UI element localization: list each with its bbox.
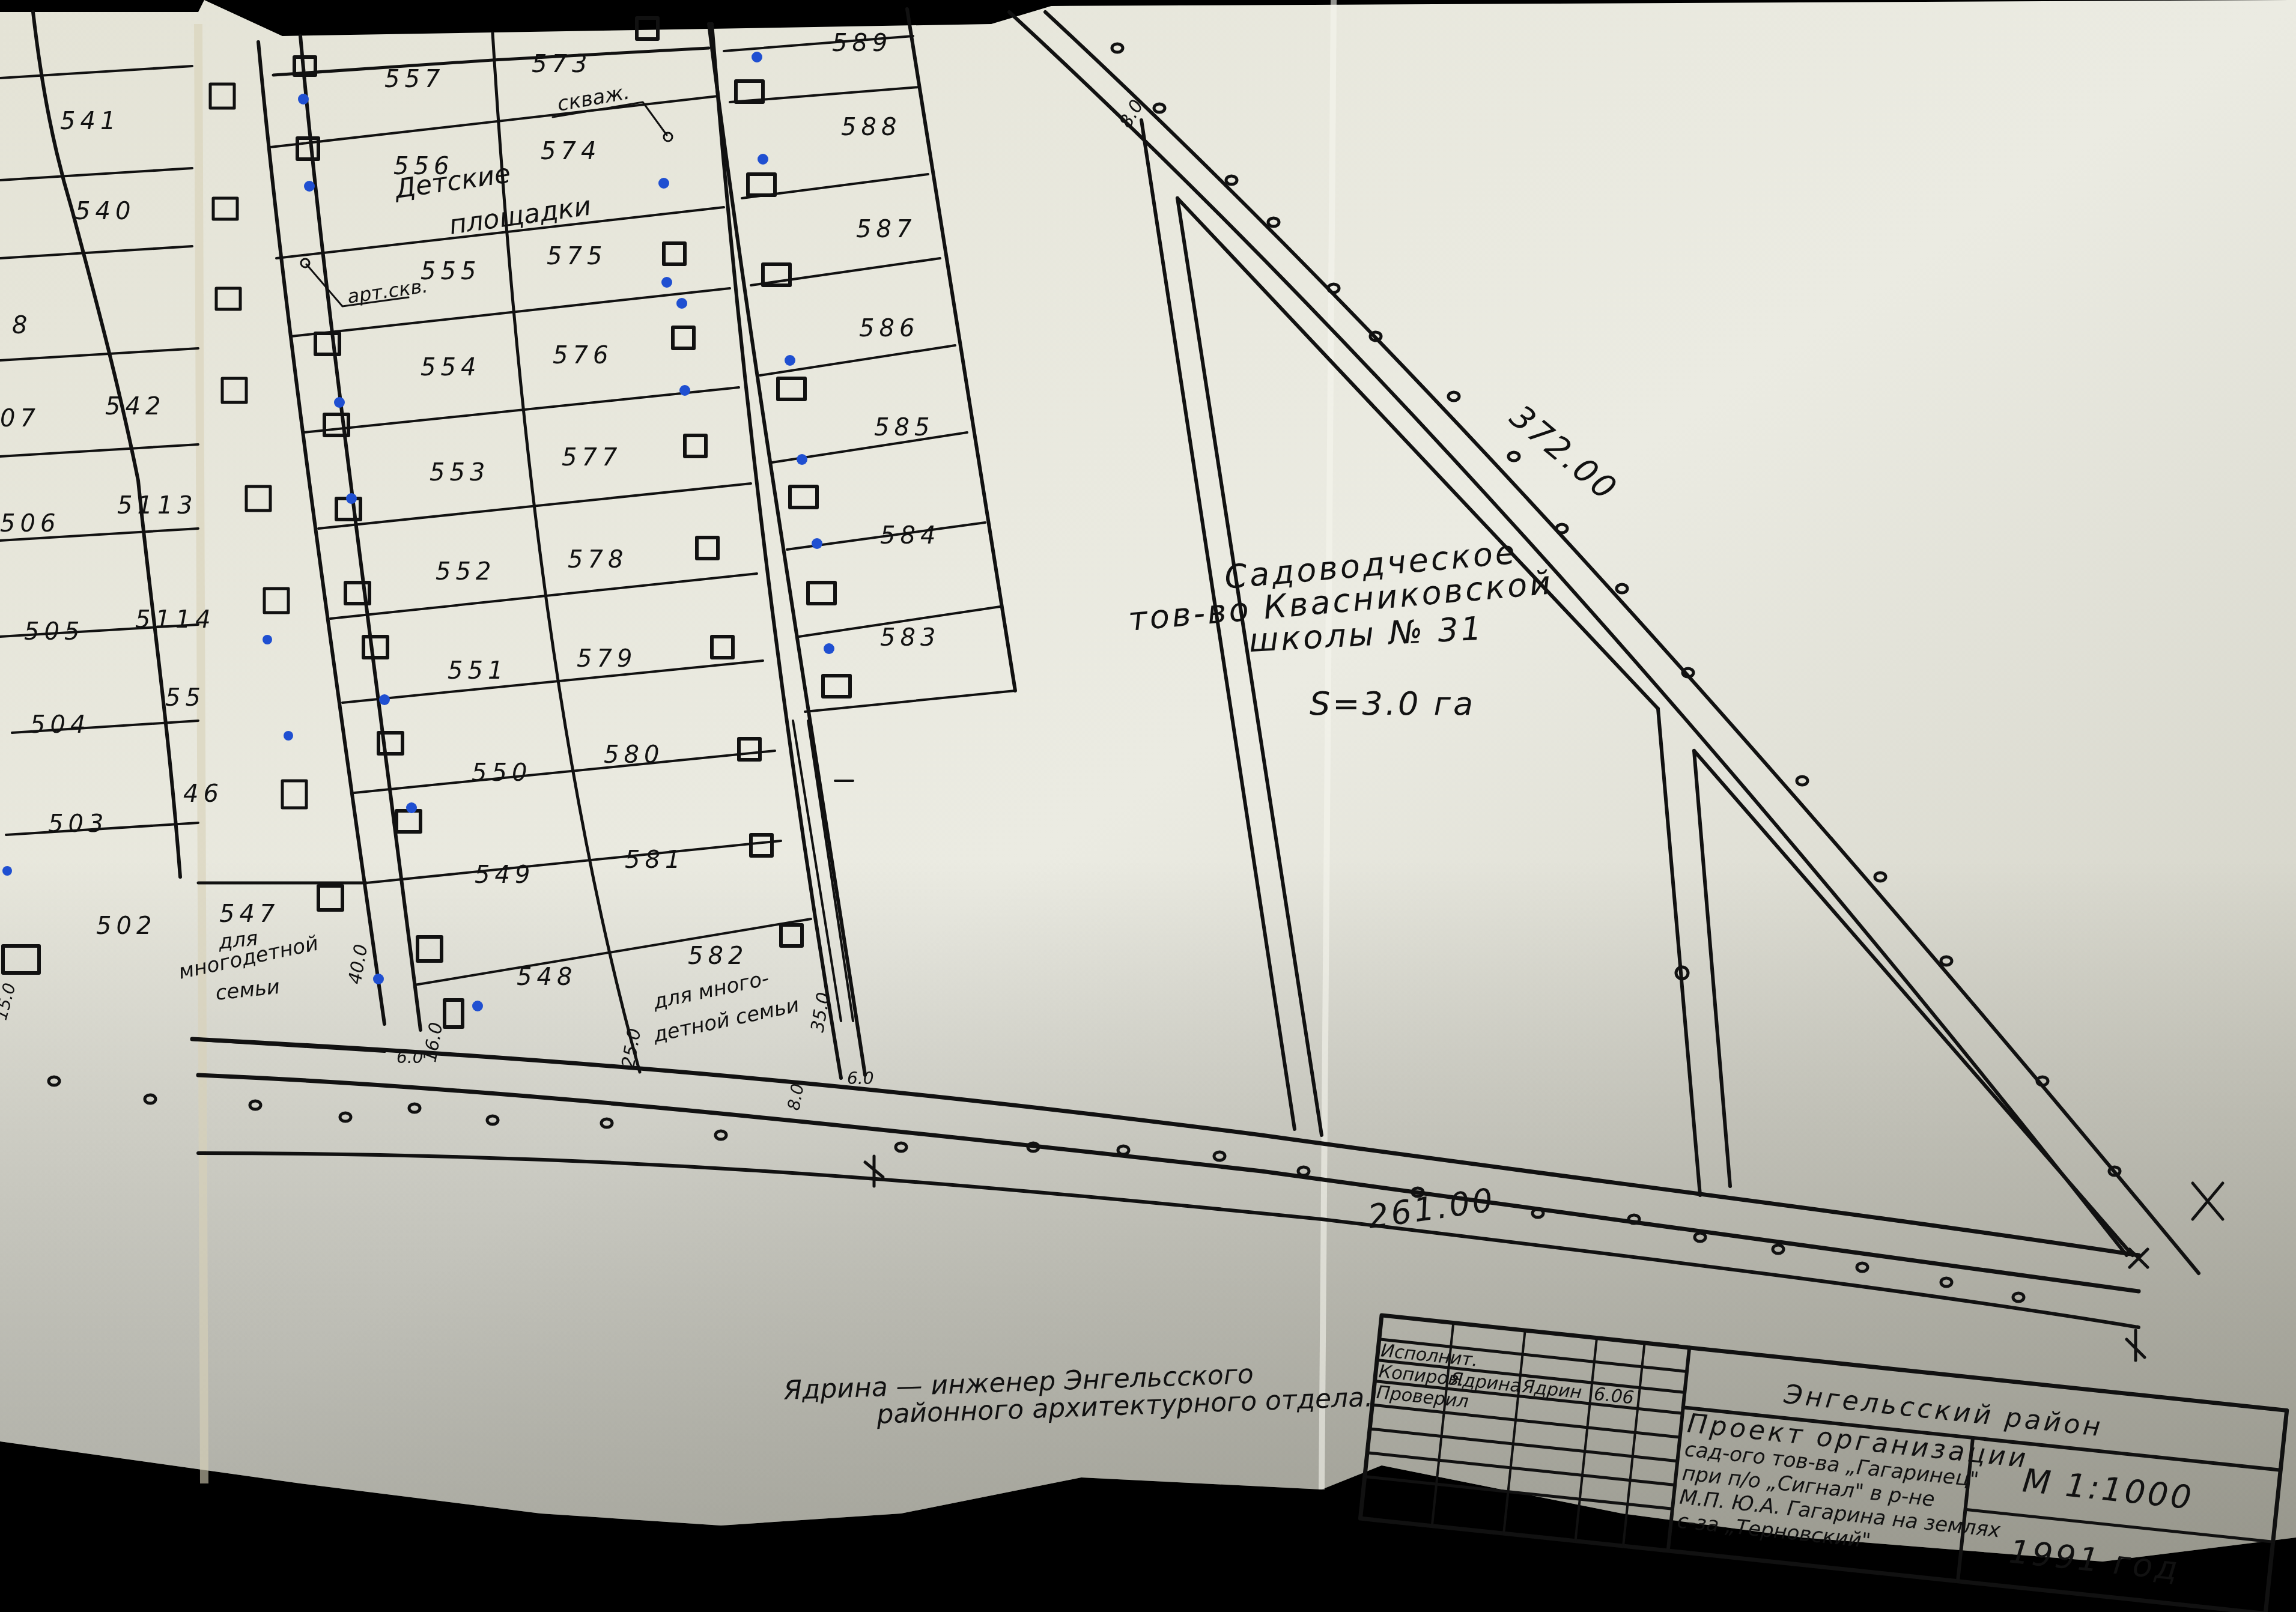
title-row-date: 6.06 [1593, 1384, 1635, 1409]
plot-label: 542 [105, 393, 165, 420]
plot-label: 577 [562, 444, 622, 471]
neighbor-area: S=3.0 га [1310, 685, 1475, 723]
plot-label: 548 [517, 963, 577, 991]
plot-label: 506 [0, 510, 60, 538]
plot-label: 8 [12, 312, 32, 339]
plot-label: 555 [421, 258, 481, 285]
plot-label: 585 [874, 414, 934, 441]
plot-label: 549 [475, 861, 535, 889]
plot-label: 584 [880, 522, 940, 550]
plot-label: 578 [568, 546, 628, 574]
plot-label: 580 [604, 741, 664, 769]
site-plan-sheet: 541 540 8 542 07 5113 506 505 5114 55 50… [0, 0, 2296, 1612]
plot-label: 46 [183, 780, 223, 808]
plot-label: 502 [96, 912, 156, 940]
plot-label: 07 [0, 405, 40, 432]
plot-label: 550 [472, 759, 532, 787]
plot-label: 552 [436, 558, 496, 586]
plot-label: 589 [832, 29, 892, 57]
plot-label: 540 [75, 198, 135, 225]
plot-label: 588 [841, 114, 901, 141]
dimension-label: 6.0 [847, 1068, 874, 1088]
plot-label: 583 [880, 624, 940, 652]
plot-label: 5114 [135, 606, 216, 634]
plot-label: 551 [448, 657, 508, 685]
plot-label: 55 [165, 684, 205, 712]
plot-label: 587 [856, 216, 916, 243]
plot-label: 553 [430, 459, 490, 486]
plot-label: 579 [577, 645, 637, 673]
plot-label: 5113 [117, 492, 198, 520]
plot-label: 586 [859, 315, 919, 342]
plot-label: 575 [547, 243, 607, 270]
well-marker-icon [2, 866, 12, 876]
plot-label: 557 [384, 65, 445, 93]
plot-label: 573 [532, 50, 592, 78]
plot-label: 576 [553, 342, 613, 369]
plot-label: 505 [24, 618, 84, 646]
plot-label: 574 [541, 138, 601, 165]
plot-label: 582 [688, 942, 748, 970]
plot-label: 547 [219, 900, 279, 928]
plot-label: 504 [30, 711, 90, 739]
plot-label: 554 [421, 354, 481, 381]
plot-label: 503 [48, 810, 108, 838]
plot-label: 581 [625, 846, 685, 874]
plot-label: 541 [60, 108, 120, 135]
